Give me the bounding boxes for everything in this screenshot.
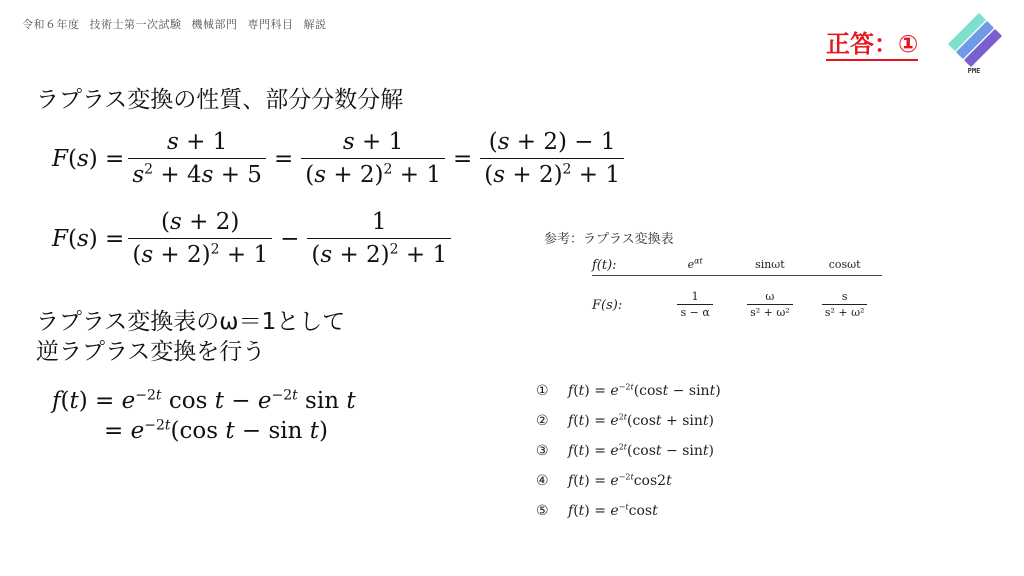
eq2-fraction-1: (s + 2) (s + 2)2 + 1 (128, 208, 272, 269)
eq1-lhs: F(s) = (52, 146, 124, 172)
header-title: 令和６年度技術士第一次試験機械部門専門科目解説 (22, 16, 337, 32)
header-exam: 技術士第一次試験 (90, 18, 182, 31)
correct-answer: 正答：① (826, 30, 918, 61)
eq2-fraction-2: 1 (s + 2)2 + 1 (307, 208, 451, 269)
equation-1: F(s) = s + 1 s2 + 4s + 5 = s + 1 (s + 2)… (52, 128, 628, 189)
eq3-line2: = e−2t(cos t − sin t) (52, 416, 356, 446)
choice-3: ③ f(t) = e2t(cost − sint) (536, 436, 721, 466)
section-title-partial-fractions: ラプラス変換の性質、部分分数分解 (36, 86, 403, 114)
eq1-fraction-2: s + 1 (s + 2)2 + 1 (301, 128, 445, 189)
eq1-fraction-3: (s + 2) − 1 (s + 2)2 + 1 (480, 128, 624, 189)
reference-title: 参考：ラプラス変換表 (544, 228, 674, 247)
eq2-lhs: F(s) = (52, 226, 124, 252)
reference-row-s: F(s): 1s − α ωs² + ω² ss² + ω² (592, 290, 882, 320)
equation-3: f(t) = e−2t cos t − e−2t sin t = e−2t(co… (52, 386, 356, 446)
laplace-reference-table: 参考：ラプラス変換表 f(t): eαt sinωt cosωt F(s): 1… (544, 228, 674, 247)
choice-2: ② f(t) = e2t(cost + sint) (536, 406, 721, 436)
choice-1: ① f(t) = e−2t(cost − sint) (536, 376, 721, 406)
choice-4: ④ f(t) = e−2tcos2t (536, 466, 721, 496)
eq1-fraction-1: s + 1 s2 + 4s + 5 (128, 128, 266, 189)
eq2-minus: − (280, 226, 299, 252)
header-subject: 専門科目 (248, 18, 294, 31)
answer-choices: ① f(t) = e−2t(cost − sint) ② f(t) = e2t(… (536, 376, 721, 526)
header-year: 令和６年度 (22, 18, 80, 31)
section-title-inverse-line1: ラプラス変換表のω＝1として (36, 308, 345, 336)
choice-5: ⑤ f(t) = e−tcost (536, 496, 721, 526)
pme-logo: PME (950, 12, 998, 76)
logo-text: PME (950, 67, 998, 75)
header-explanation: 解説 (304, 18, 327, 31)
eq3-line1: f(t) = e−2t cos t − e−2t sin t (52, 386, 356, 416)
reference-row-time: f(t): eαt sinωt cosωt (592, 258, 882, 276)
equation-2: F(s) = (s + 2) (s + 2)2 + 1 − 1 (s + 2)2… (52, 208, 455, 269)
section-title-inverse-line2: 逆ラプラス変換を行う (36, 338, 265, 366)
header-department: 機械部門 (192, 18, 238, 31)
